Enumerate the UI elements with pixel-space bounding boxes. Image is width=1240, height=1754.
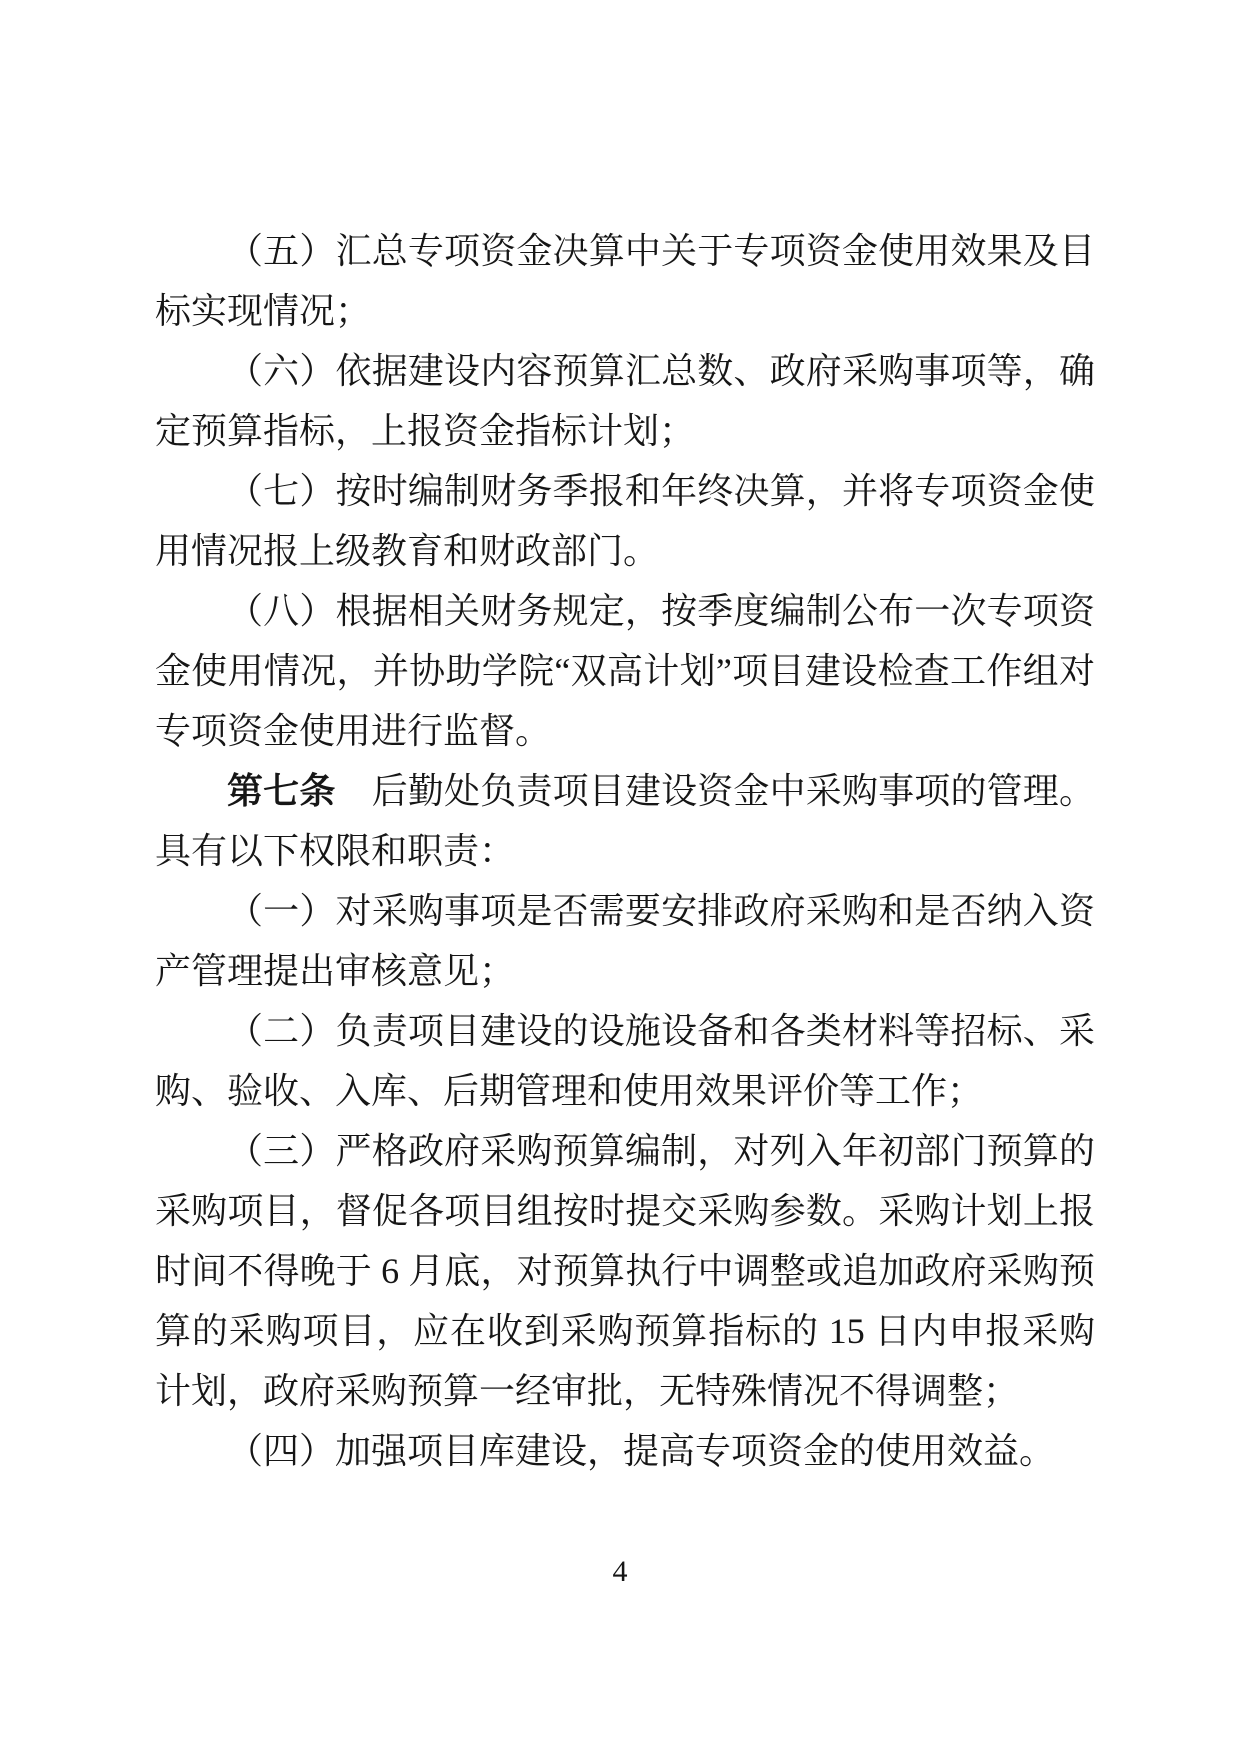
- page-number: 4: [0, 1552, 1240, 1592]
- document-body: （五）汇总专项资金决算中关于专项资金使用效果及目标实现情况； （六）依据建设内容…: [155, 221, 1095, 1481]
- paragraph-item-1: （一）对采购事项是否需要安排政府采购和是否纳入资产管理提出审核意见；: [155, 881, 1095, 1001]
- document-page: （五）汇总专项资金决算中关于专项资金使用效果及目标实现情况； （六）依据建设内容…: [0, 0, 1240, 1754]
- paragraph-item-4: （四）加强项目库建设，提高专项资金的使用效益。: [155, 1421, 1095, 1481]
- paragraph-item-3: （三）严格政府采购预算编制，对列入年初部门预算的采购项目，督促各项目组按时提交采…: [155, 1121, 1095, 1421]
- paragraph-article-7: 第七条 后勤处负责项目建设资金中采购事项的管理。具有以下权限和职责：: [155, 761, 1095, 881]
- article-number-label: 第七条: [227, 770, 336, 811]
- paragraph-clause-5: （五）汇总专项资金决算中关于专项资金使用效果及目标实现情况；: [155, 221, 1095, 341]
- paragraph-item-2: （二）负责项目建设的设施设备和各类材料等招标、采购、验收、入库、后期管理和使用效…: [155, 1001, 1095, 1121]
- paragraph-clause-6: （六）依据建设内容预算汇总数、政府采购事项等，确定预算指标，上报资金指标计划；: [155, 341, 1095, 461]
- paragraph-clause-8: （八）根据相关财务规定，按季度编制公布一次专项资金使用情况，并协助学院“双高计划…: [155, 581, 1095, 761]
- paragraph-clause-7: （七）按时编制财务季报和年终决算，并将专项资金使用情况报上级教育和财政部门。: [155, 461, 1095, 581]
